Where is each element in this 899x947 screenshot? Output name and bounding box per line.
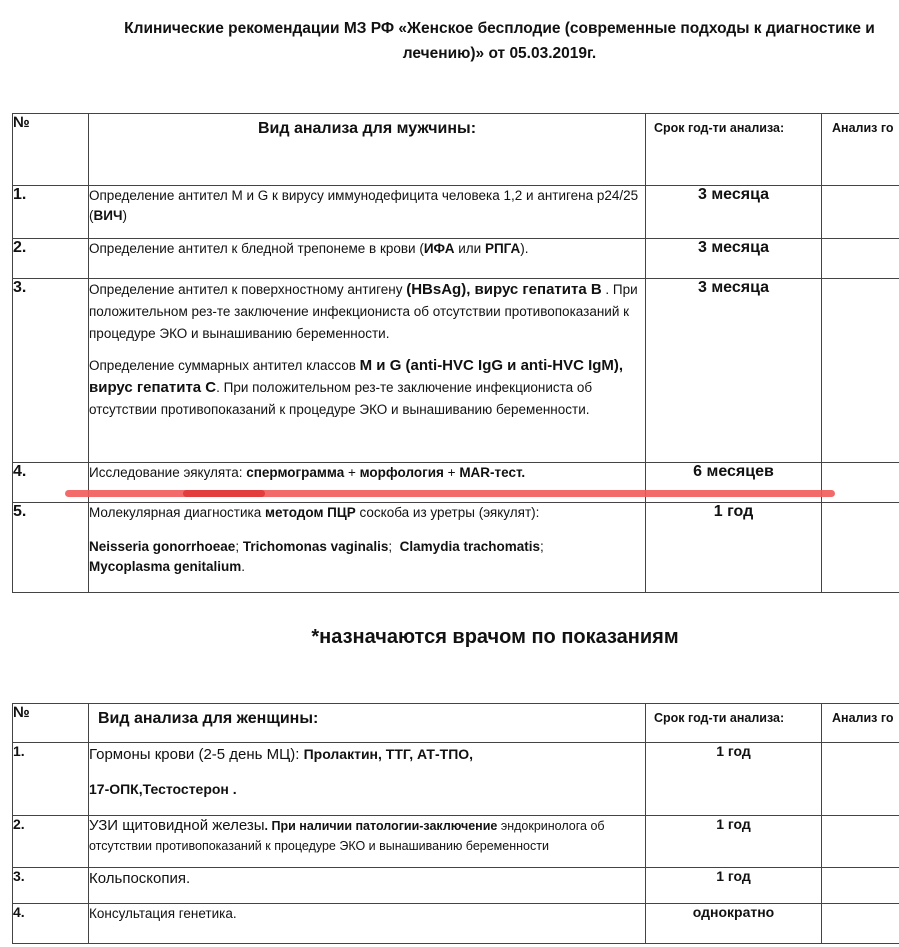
- desc-bold: . При наличии патологии-заключение: [265, 819, 498, 833]
- title-line-2: лечению)» от 05.03.2019г.: [100, 41, 899, 66]
- desc-text: соскоба из уретры (эякулят):: [356, 505, 540, 520]
- header-done: Анализ го: [822, 114, 899, 186]
- row-term: однократно: [646, 904, 822, 944]
- desc-bold: спермограмма: [246, 465, 344, 480]
- row-done-cell: [822, 743, 899, 816]
- row-num: 3.: [13, 868, 89, 904]
- organism: Trichomonas vaginalis: [243, 539, 389, 554]
- desc-text: Определение антител к поверхностному ант…: [89, 282, 406, 297]
- row-done-cell: [822, 868, 899, 904]
- row-term: 1 год: [646, 743, 822, 816]
- desc-text: Исследование эякулята:: [89, 465, 246, 480]
- row-desc: Определение антител к поверхностному ант…: [89, 279, 646, 463]
- men-analysis-table: № Вид анализа для мужчины: Срок год-ти а…: [12, 113, 899, 593]
- desc-bold: (HBsAg), вирус гепатита B: [406, 281, 601, 298]
- document-title: Клинические рекомендации МЗ РФ «Женское …: [100, 16, 899, 66]
- row-desc: Определение антител к бледной трепонеме …: [89, 239, 646, 279]
- row-done-cell: [822, 279, 899, 463]
- table-row: 5. Молекулярная диагностика методом ПЦР …: [13, 503, 899, 593]
- organism: Clamydia trachomatis: [400, 539, 540, 554]
- desc-bold: методом ПЦР: [265, 505, 356, 520]
- header-num: №: [13, 704, 89, 743]
- table-header-row: № Вид анализа для женщины: Срок год-ти а…: [13, 704, 899, 743]
- row-done-cell: [822, 904, 899, 944]
- desc-text: УЗИ щитовидной железы: [89, 817, 265, 834]
- desc-text: Определение суммарных антител классов: [89, 358, 360, 373]
- title-line-1: Клинические рекомендации МЗ РФ «Женское …: [100, 16, 899, 41]
- row-num: 1.: [13, 743, 89, 816]
- red-highlight-stroke: [65, 490, 835, 497]
- desc-text: Гормоны крови (2-5 день МЦ):: [89, 746, 304, 763]
- row-num: 3.: [13, 279, 89, 463]
- row-done-cell: [822, 186, 899, 239]
- desc-bold: 17-ОПК,Тестостерон .: [89, 781, 237, 797]
- women-analysis-table: № Вид анализа для женщины: Срок год-ти а…: [12, 703, 899, 944]
- row-done-cell: [822, 816, 899, 868]
- desc-bold: РПГА: [485, 241, 520, 256]
- table-header-row: № Вид анализа для мужчины: Срок год-ти а…: [13, 114, 899, 186]
- row-num: 1.: [13, 186, 89, 239]
- table-row: 2. УЗИ щитовидной железы. При наличии па…: [13, 816, 899, 868]
- table-row: 3. Определение антител к поверхностному …: [13, 279, 899, 463]
- table-row: 1. Гормоны крови (2-5 день МЦ): Пролакти…: [13, 743, 899, 816]
- organism: Neisseria gonorrhoeae: [89, 539, 235, 554]
- desc-text: +: [344, 465, 359, 480]
- row-done-cell: [822, 503, 899, 593]
- row-done-cell: [822, 239, 899, 279]
- desc-bold: морфология: [360, 465, 444, 480]
- row-term: 3 месяца: [646, 239, 822, 279]
- note-prescribed-by-doctor: *назначаются врачом по показаниям: [0, 626, 899, 649]
- row-num: 4.: [13, 904, 89, 944]
- row-desc: УЗИ щитовидной железы. При наличии патол…: [89, 816, 646, 868]
- table-row: 4. Консультация генетика. однократно: [13, 904, 899, 944]
- desc-bold: ИФА: [424, 241, 455, 256]
- header-desc: Вид анализа для женщины:: [89, 704, 646, 743]
- row-term: 3 месяца: [646, 279, 822, 463]
- table-row: 2. Определение антител к бледной трепоне…: [13, 239, 899, 279]
- header-done: Анализ го: [822, 704, 899, 743]
- row-desc: Консультация генетика.: [89, 904, 646, 944]
- desc-bold: Пролактин, ТТГ, АТ-ТПО,: [304, 746, 473, 762]
- table-row: 1. Определение антител M и G к вирусу им…: [13, 186, 899, 239]
- desc-bold: MAR-тест.: [459, 465, 525, 480]
- desc-text: ): [122, 208, 127, 223]
- desc-text: ).: [520, 241, 528, 256]
- row-desc: Кольпоскопия.: [89, 868, 646, 904]
- red-highlight-stroke-overlap: [183, 490, 265, 497]
- row-term: 1 год: [646, 503, 822, 593]
- desc-paragraph-hepatitis-c: Определение суммарных антител классов M …: [89, 355, 645, 421]
- desc-text: или: [454, 241, 484, 256]
- table-row: 3. Кольпоскопия. 1 год: [13, 868, 899, 904]
- desc-text: Молекулярная диагностика: [89, 505, 265, 520]
- row-num: 5.: [13, 503, 89, 593]
- row-desc: Гормоны крови (2-5 день МЦ): Пролактин, …: [89, 743, 646, 816]
- row-term: 1 год: [646, 868, 822, 904]
- header-num: №: [13, 114, 89, 186]
- header-term: Срок год-ти анализа:: [646, 114, 822, 186]
- row-term: 3 месяца: [646, 186, 822, 239]
- row-desc: Определение антител M и G к вирусу иммун…: [89, 186, 646, 239]
- desc-paragraph-hepatitis-b: Определение антител к поверхностному ант…: [89, 279, 645, 345]
- desc-bold: ВИЧ: [94, 208, 123, 223]
- organism: Mycoplasma genitalium: [89, 559, 241, 574]
- desc-text: +: [444, 465, 459, 480]
- row-term: 1 год: [646, 816, 822, 868]
- desc-text: Определение антител M и G к вирусу иммун…: [89, 188, 638, 223]
- desc-text: Определение антител к бледной трепонеме …: [89, 241, 424, 256]
- header-desc: Вид анализа для мужчины:: [89, 114, 646, 186]
- row-num: 2.: [13, 239, 89, 279]
- row-num: 2.: [13, 816, 89, 868]
- header-term: Срок год-ти анализа:: [646, 704, 822, 743]
- organism-list: Neisseria gonorrhoeae; Trichomonas vagin…: [89, 537, 645, 577]
- row-desc: Молекулярная диагностика методом ПЦР сос…: [89, 503, 646, 593]
